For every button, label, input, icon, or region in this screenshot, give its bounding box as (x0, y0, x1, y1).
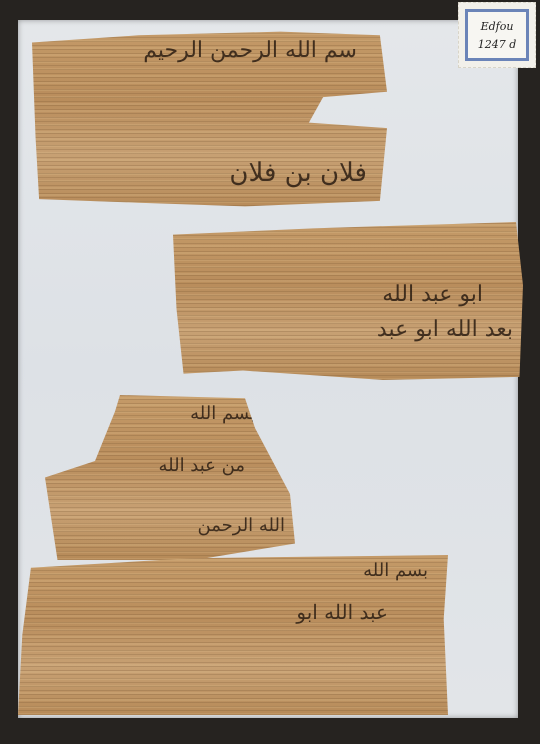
papyrus-fragment-4: بسم الله عبد الله ابو (18, 555, 448, 715)
script-line: من عبد الله (158, 455, 245, 476)
label-text-number: 1247 d (468, 38, 526, 51)
label-text-site: Edfou (468, 20, 526, 33)
script-line: ابو عبد الله (382, 282, 483, 307)
script-line: بعد الله ابو عبد (377, 317, 513, 342)
script-line: عبد الله ابو (296, 600, 388, 624)
script-line: بسم الله (190, 403, 255, 424)
catalog-label: Edfou 1247 d (458, 2, 536, 68)
script-line: بسم الله (363, 560, 428, 581)
script-line: سم الله الرحمن الرحيم (143, 38, 357, 63)
script-line: فلان بن فلان (229, 158, 367, 188)
script-line: الله الرحمن (198, 515, 285, 536)
papyrus-fragment-2: ابو عبد الله بعد الله ابو عبد (173, 222, 523, 380)
